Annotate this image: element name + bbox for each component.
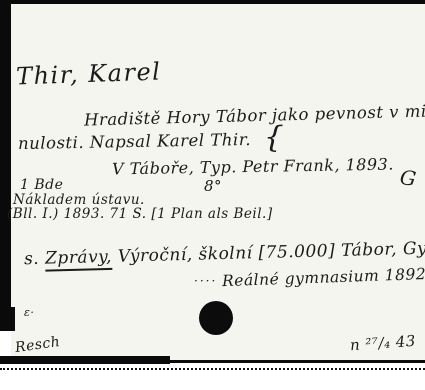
cross-reference-keyword: Zprávy,	[45, 247, 112, 272]
scan-edge-left	[0, 0, 11, 331]
cross-reference-prefix: s.	[24, 249, 46, 270]
format-mark: 8°	[204, 177, 222, 195]
card-bottom-edge-thin	[160, 360, 425, 363]
corner-mark: ε·	[24, 306, 34, 319]
scan-edge-top-dotted	[388, 1, 425, 4]
title-line-2: nulosti. Napsal Karel Thir.	[18, 130, 251, 153]
catalog-card-scan: Thir, Karel Hradiště Hory Tábor jako pev…	[0, 0, 425, 390]
brace-mark: {	[263, 120, 284, 156]
card-bottom-dotted-line	[0, 368, 425, 370]
right-margin-mark: G	[398, 165, 418, 191]
leader-dots: ····	[194, 274, 217, 288]
scan-edge-left-blob	[0, 307, 15, 331]
volume-note: 1 Bde	[20, 177, 63, 193]
punch-hole	[199, 301, 233, 335]
card-bottom-edge-thick	[0, 356, 170, 364]
collation-note: (Bll. I.) 1893. 71 S. [1 Plan als Beil.]	[7, 206, 273, 222]
scan-edge-top	[0, 0, 425, 4]
author-heading: Thir, Karel	[16, 57, 162, 90]
